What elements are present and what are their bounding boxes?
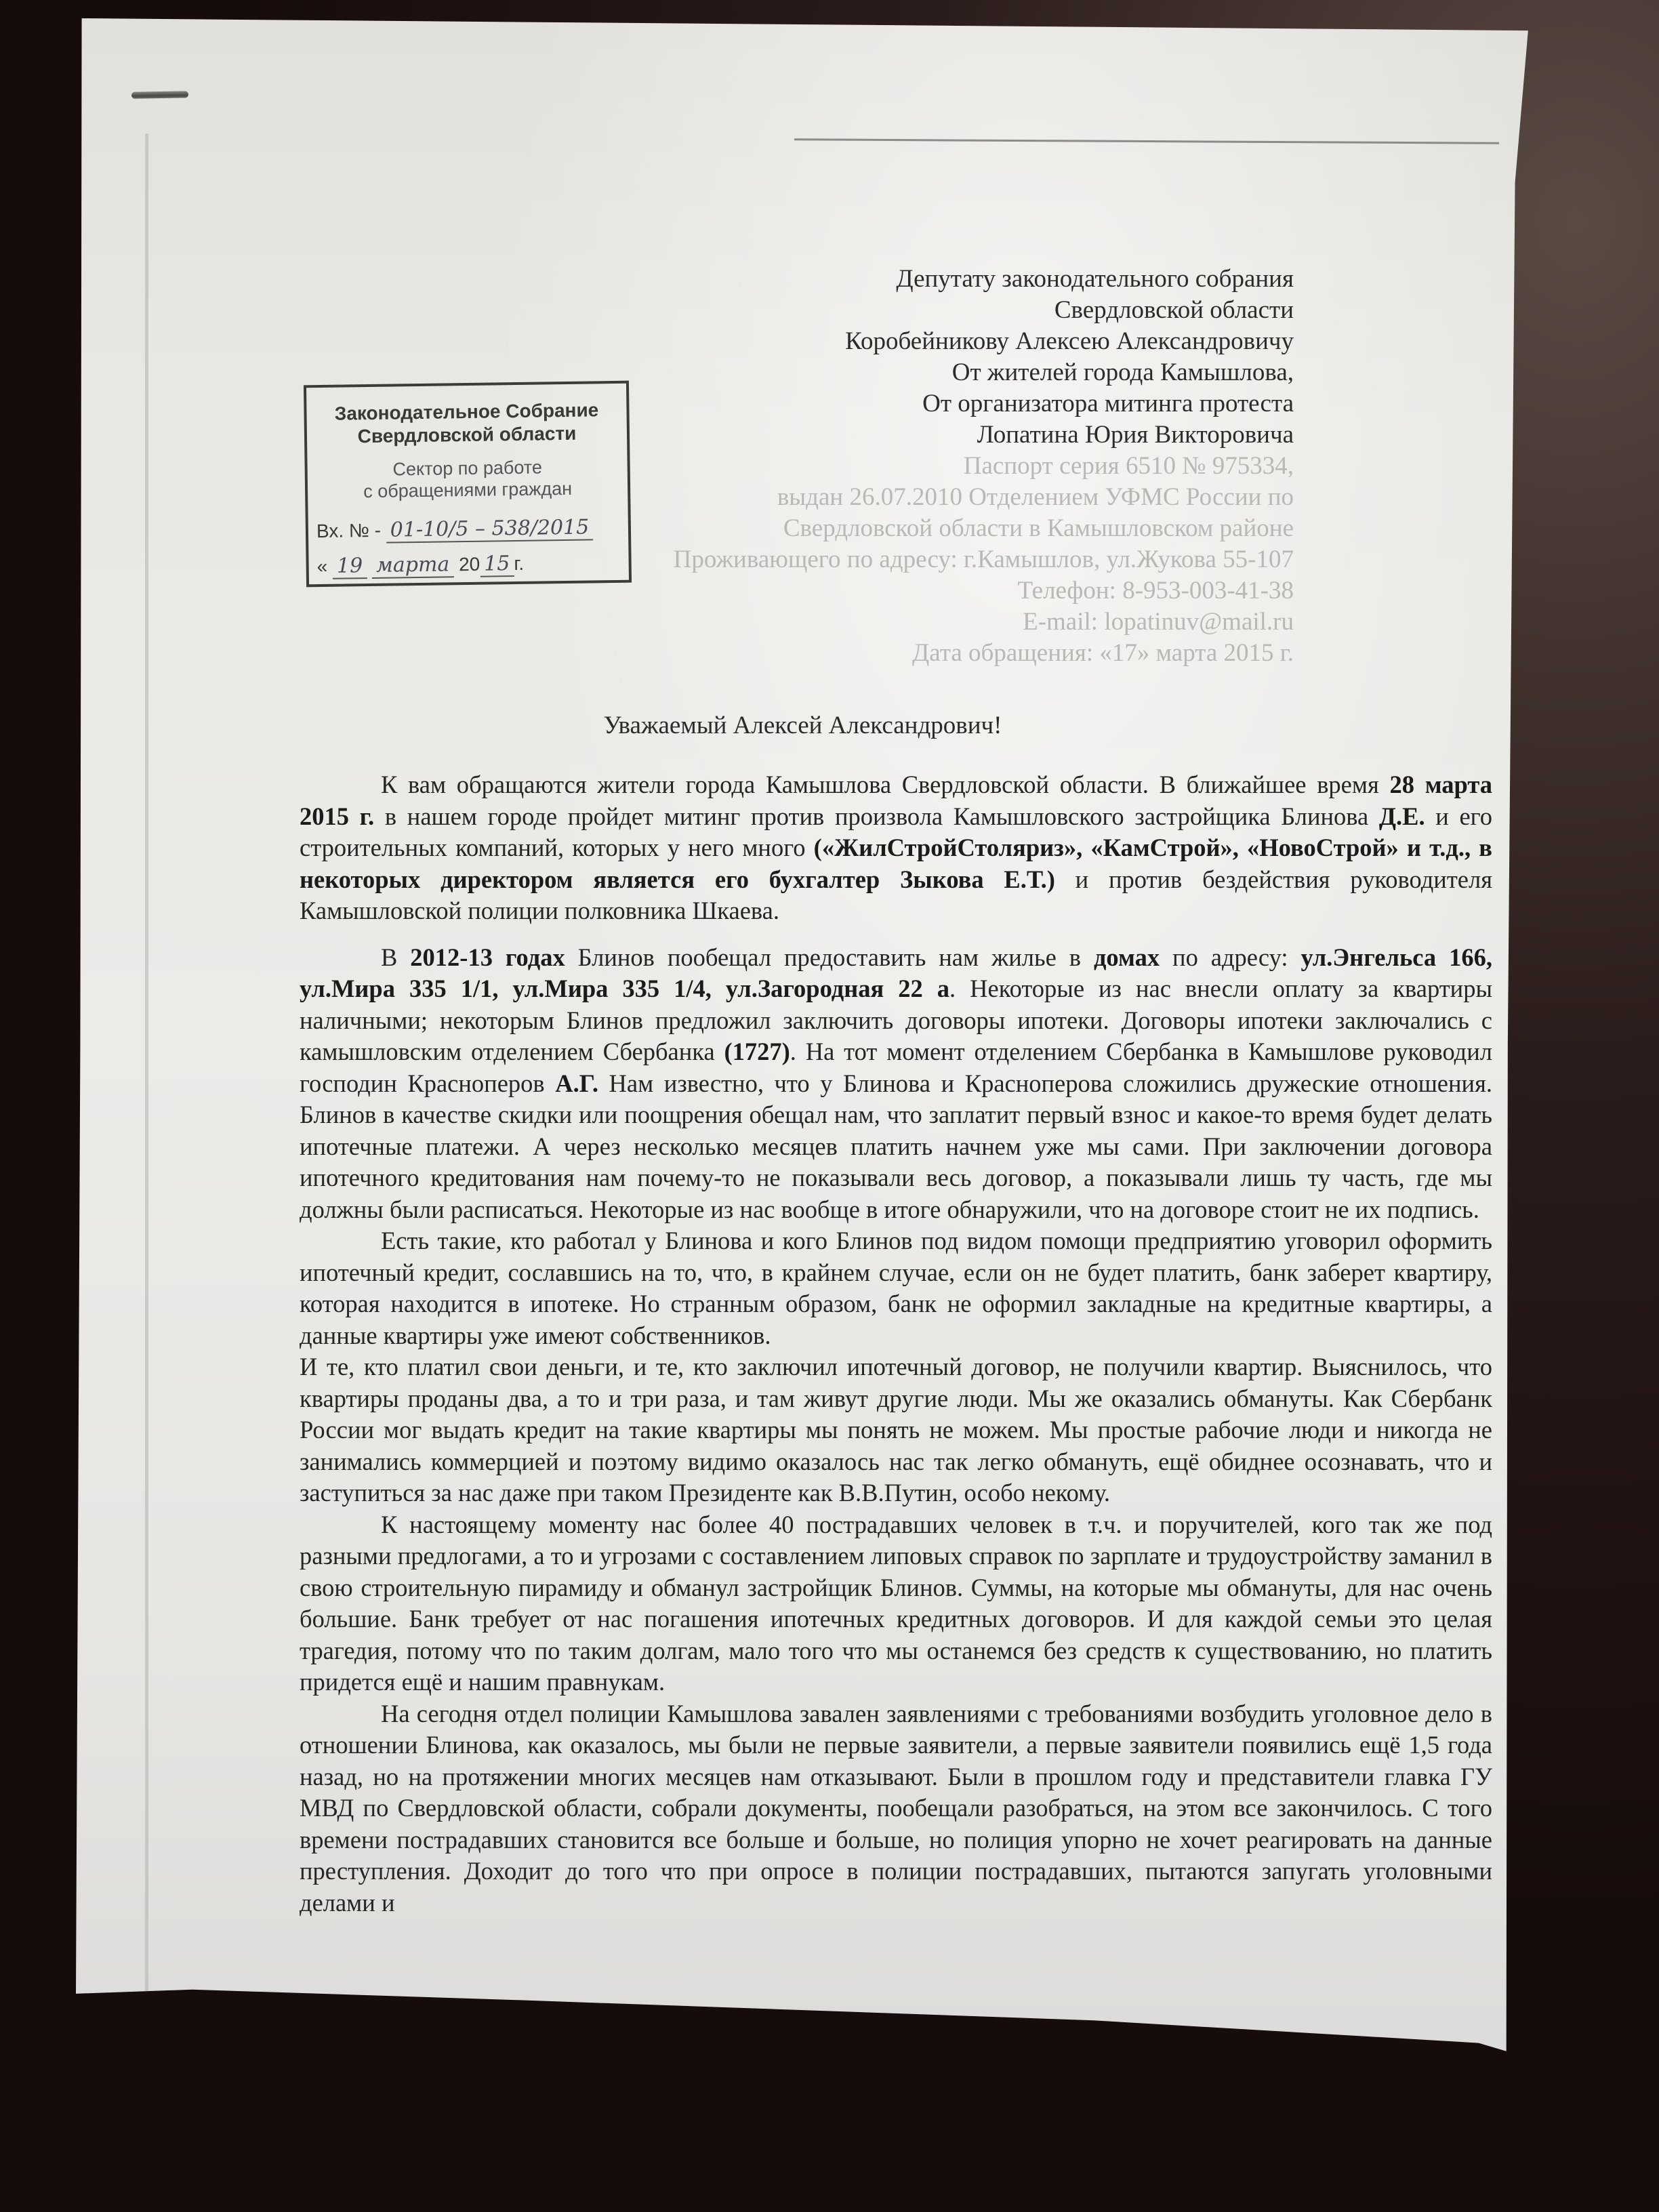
paragraph-3: Есть такие, кто работал у Блинова и кого… xyxy=(300,1225,1492,1351)
stamp-subtitle-line: с обращениями граждан xyxy=(308,477,628,504)
passport-line: Паспорт серия 6510 № 975334, xyxy=(674,451,1294,482)
paragraph-2: В 2012-13 годах Блинов пообещал предоста… xyxy=(300,942,1492,1226)
stamp-title-line: Свердловской области xyxy=(307,422,627,449)
incoming-label: Вх. № - xyxy=(316,520,381,541)
bold-run: домах xyxy=(1094,943,1160,971)
addressee-block: Депутату законодательного собрания Сверд… xyxy=(674,264,1294,669)
passport-issuer-line: Свердловской области в Камышловском райо… xyxy=(674,513,1294,544)
paragraph-6: На сегодня отдел полиции Камышлова завал… xyxy=(300,1698,1492,1919)
addressee-line: Свердловской области xyxy=(674,295,1294,326)
date-year-unit: г. xyxy=(514,553,524,574)
stamp-title: Законодательное Собрание Свердловской об… xyxy=(306,398,627,449)
text-run: по адресу: xyxy=(1160,943,1300,971)
stamp-incoming-row: Вх. № - 01-10/5 – 538/2015 xyxy=(316,515,594,544)
addressee-line: Лопатина Юрия Викторовича xyxy=(674,419,1294,451)
text-run: Блинов пообещал предоставить нам жилье в xyxy=(565,943,1094,971)
date-day: 19 xyxy=(333,554,367,579)
address-line: Проживающего по адресу: г.Камышлов, ул.Ж… xyxy=(674,544,1294,575)
page-edge-shadow xyxy=(145,134,148,2099)
addressee-line: Коробейникову Алексею Александровичу xyxy=(674,326,1294,357)
stamp-subtitle: Сектор по работе с обращениями граждан xyxy=(307,455,628,504)
date-quote: « xyxy=(316,556,327,577)
paragraph-4: И те, кто платил свои деньги, и те, кто … xyxy=(300,1351,1492,1509)
text-run: в нашем городе пройдет митинг против про… xyxy=(374,802,1379,830)
stamp-date-row: « 19 марта 2015г. xyxy=(316,552,524,579)
registration-stamp: Законодательное Собрание Свердловской об… xyxy=(304,381,632,588)
addressee-line: От организатора митинга протеста xyxy=(674,388,1294,419)
date-year-prefix: 20 xyxy=(459,554,480,575)
greeting: Уважаемый Алексей Александрович! xyxy=(76,711,1530,740)
paragraph-1: К вам обращаются жители города Камышлова… xyxy=(300,769,1492,927)
stamp-title-line: Законодательное Собрание xyxy=(306,398,626,426)
bold-run: А.Г. xyxy=(555,1069,598,1097)
email-line: E-mail: lopatinuv@mail.ru xyxy=(674,607,1294,638)
bold-run: (1727) xyxy=(724,1038,790,1065)
incoming-number: 01-10/5 – 538/2015 xyxy=(386,515,594,543)
addressee-line: От жителей города Камышлова, xyxy=(674,357,1294,388)
document-page: Депутату законодательного собрания Сверд… xyxy=(76,18,1530,2072)
paragraph-5: К настоящему моменту нас более 40 постра… xyxy=(300,1509,1492,1698)
addressee-line: Депутату законодательного собрания xyxy=(674,264,1294,295)
bold-run: Д.Е. xyxy=(1379,802,1425,830)
request-date-line: Дата обращения: «17» марта 2015 г. xyxy=(674,638,1294,669)
text-run: В xyxy=(381,943,410,971)
bold-run: 2012-13 годах xyxy=(410,943,565,971)
staple-icon xyxy=(131,91,188,98)
date-year-suffix: 15 xyxy=(480,552,514,577)
date-month: марта xyxy=(372,552,454,579)
text-run: К вам обращаются жители города Камышлова… xyxy=(381,771,1389,798)
passport-issued-line: выдан 26.07.2010 Отделением УФМС России … xyxy=(674,482,1294,513)
letter-body: К вам обращаются жители города Камышлова… xyxy=(300,769,1492,1919)
phone-line: Телефон: 8-953-003-41-38 xyxy=(674,575,1294,607)
